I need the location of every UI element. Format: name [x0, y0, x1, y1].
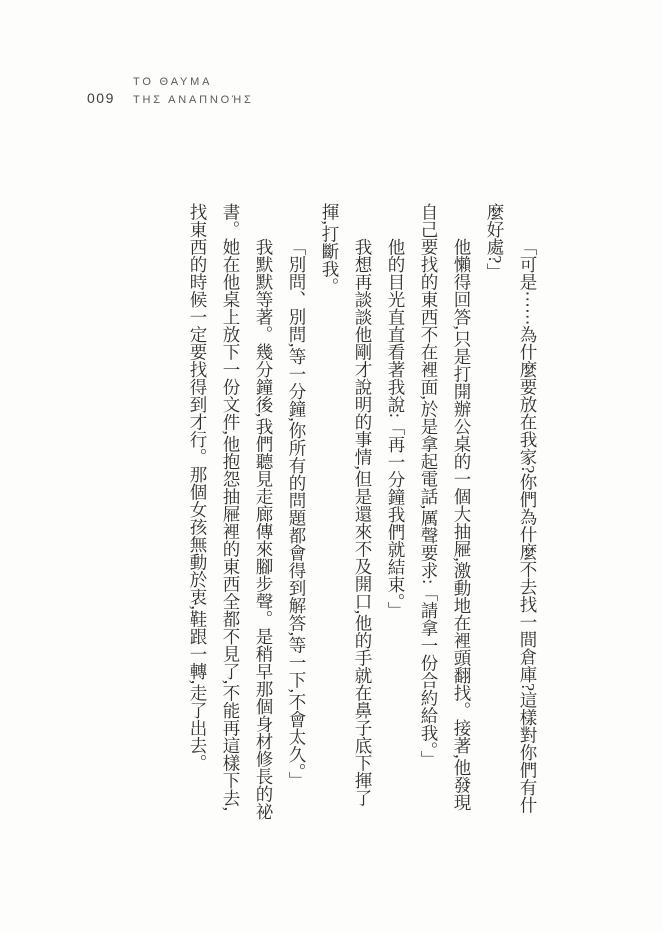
running-title: ΤΟ ΘΑΥΜΑ ΤΗΣ ΑΝΑΠΝΟΉΣ	[133, 74, 254, 109]
paragraph-5: 「別問、別問,等一分鐘,你所有的問題都會得到解答,等一下,不會太久。」	[280, 203, 313, 821]
book-page: 009 ΤΟ ΘΑΥΜΑ ΤΗΣ ΑΝΑΠΝΟΉΣ 「可是⋯⋯為什麼要放在我家?…	[0, 0, 663, 932]
paragraph-1: 「可是⋯⋯為什麼要放在我家?你們為什麼不去找一間倉庫?這樣對你們有什麼好處?」	[478, 203, 544, 821]
paragraph-6: 我默默等著。幾分鐘後,我們聽見走廊傳來腳步聲。是稍早那個身材修長的祕書。她在他桌…	[181, 203, 280, 821]
page-number: 009	[87, 90, 115, 106]
body-text-block: 「可是⋯⋯為什麼要放在我家?你們為什麼不去找一間倉庫?這樣對你們有什麼好處?」 …	[181, 203, 544, 821]
paragraph-4: 我想再談談他剛才說明的事情,但是還來不及開口,他的手就在鼻子底下揮了揮,打斷我。	[313, 203, 379, 821]
paragraph-3: 他的目光直直看著我說:「再一分鐘我們就結束。」	[379, 203, 412, 821]
running-title-line2: ΤΗΣ ΑΝΑΠΝΟΉΣ	[133, 92, 254, 110]
paragraph-2: 他懶得回答,只是打開辦公桌的一個大抽屜,激動地在裡頭翻找。接著,他發現自己要找的…	[412, 203, 478, 821]
running-title-line1: ΤΟ ΘΑΥΜΑ	[133, 74, 254, 92]
